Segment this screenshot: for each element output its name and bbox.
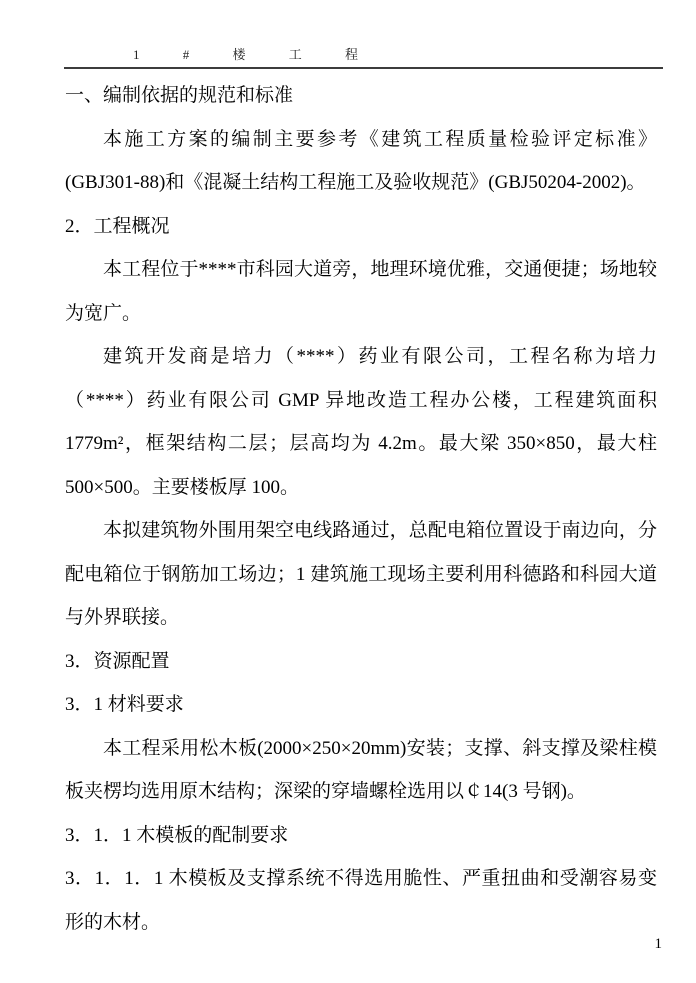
paragraph-wood-selection-rule: 3．1．1．1 木模板及支撑系统不得选用脆性、严重扭曲和受潮容易变形的木材。 <box>65 857 657 944</box>
page-number: 1 <box>655 936 663 952</box>
paragraph-power-access: 本拟建筑物外围用架空电线路通过，总配电箱位置设于南边向，分配电箱位于钢筋加工场边… <box>65 509 657 640</box>
paragraph-formwork-materials: 本工程采用松木板(2000×250×20mm)安装；支撑、斜支撑及梁柱模板夹楞均… <box>65 727 657 814</box>
heading-resource-allocation: 3．资源配置 <box>65 640 657 684</box>
page-header: 1 # 楼 工 程 <box>65 44 657 63</box>
page-footer: 1 <box>655 936 663 953</box>
document-body: 一、编制依据的规范和标准 本施工方案的编制主要参考《建筑工程质量检验评定标准》(… <box>65 74 657 944</box>
heading-project-overview: 2．工程概况 <box>65 205 657 249</box>
heading-material-requirements: 3．1 材料要求 <box>65 683 657 727</box>
paragraph-reference-codes: 本施工方案的编制主要参考《建筑工程质量检验评定标准》(GBJ301-88)和《混… <box>65 118 657 205</box>
header-title: 1 # 楼 工 程 <box>133 47 359 62</box>
paragraph-site-location: 本工程位于****市科园大道旁，地理环境优雅，交通便捷；场地较为宽广。 <box>65 248 657 335</box>
header-divider <box>64 67 663 69</box>
paragraph-developer-info: 建筑开发商是培力（****）药业有限公司，工程名称为培力（****）药业有限公司… <box>65 335 657 509</box>
heading-wood-formwork-prep: 3．1．1 木模板的配制要求 <box>65 814 657 858</box>
document-page: 1 # 楼 工 程 一、编制依据的规范和标准 本施工方案的编制主要参考《建筑工程… <box>0 0 696 983</box>
heading-compilation-basis: 一、编制依据的规范和标准 <box>65 74 657 118</box>
